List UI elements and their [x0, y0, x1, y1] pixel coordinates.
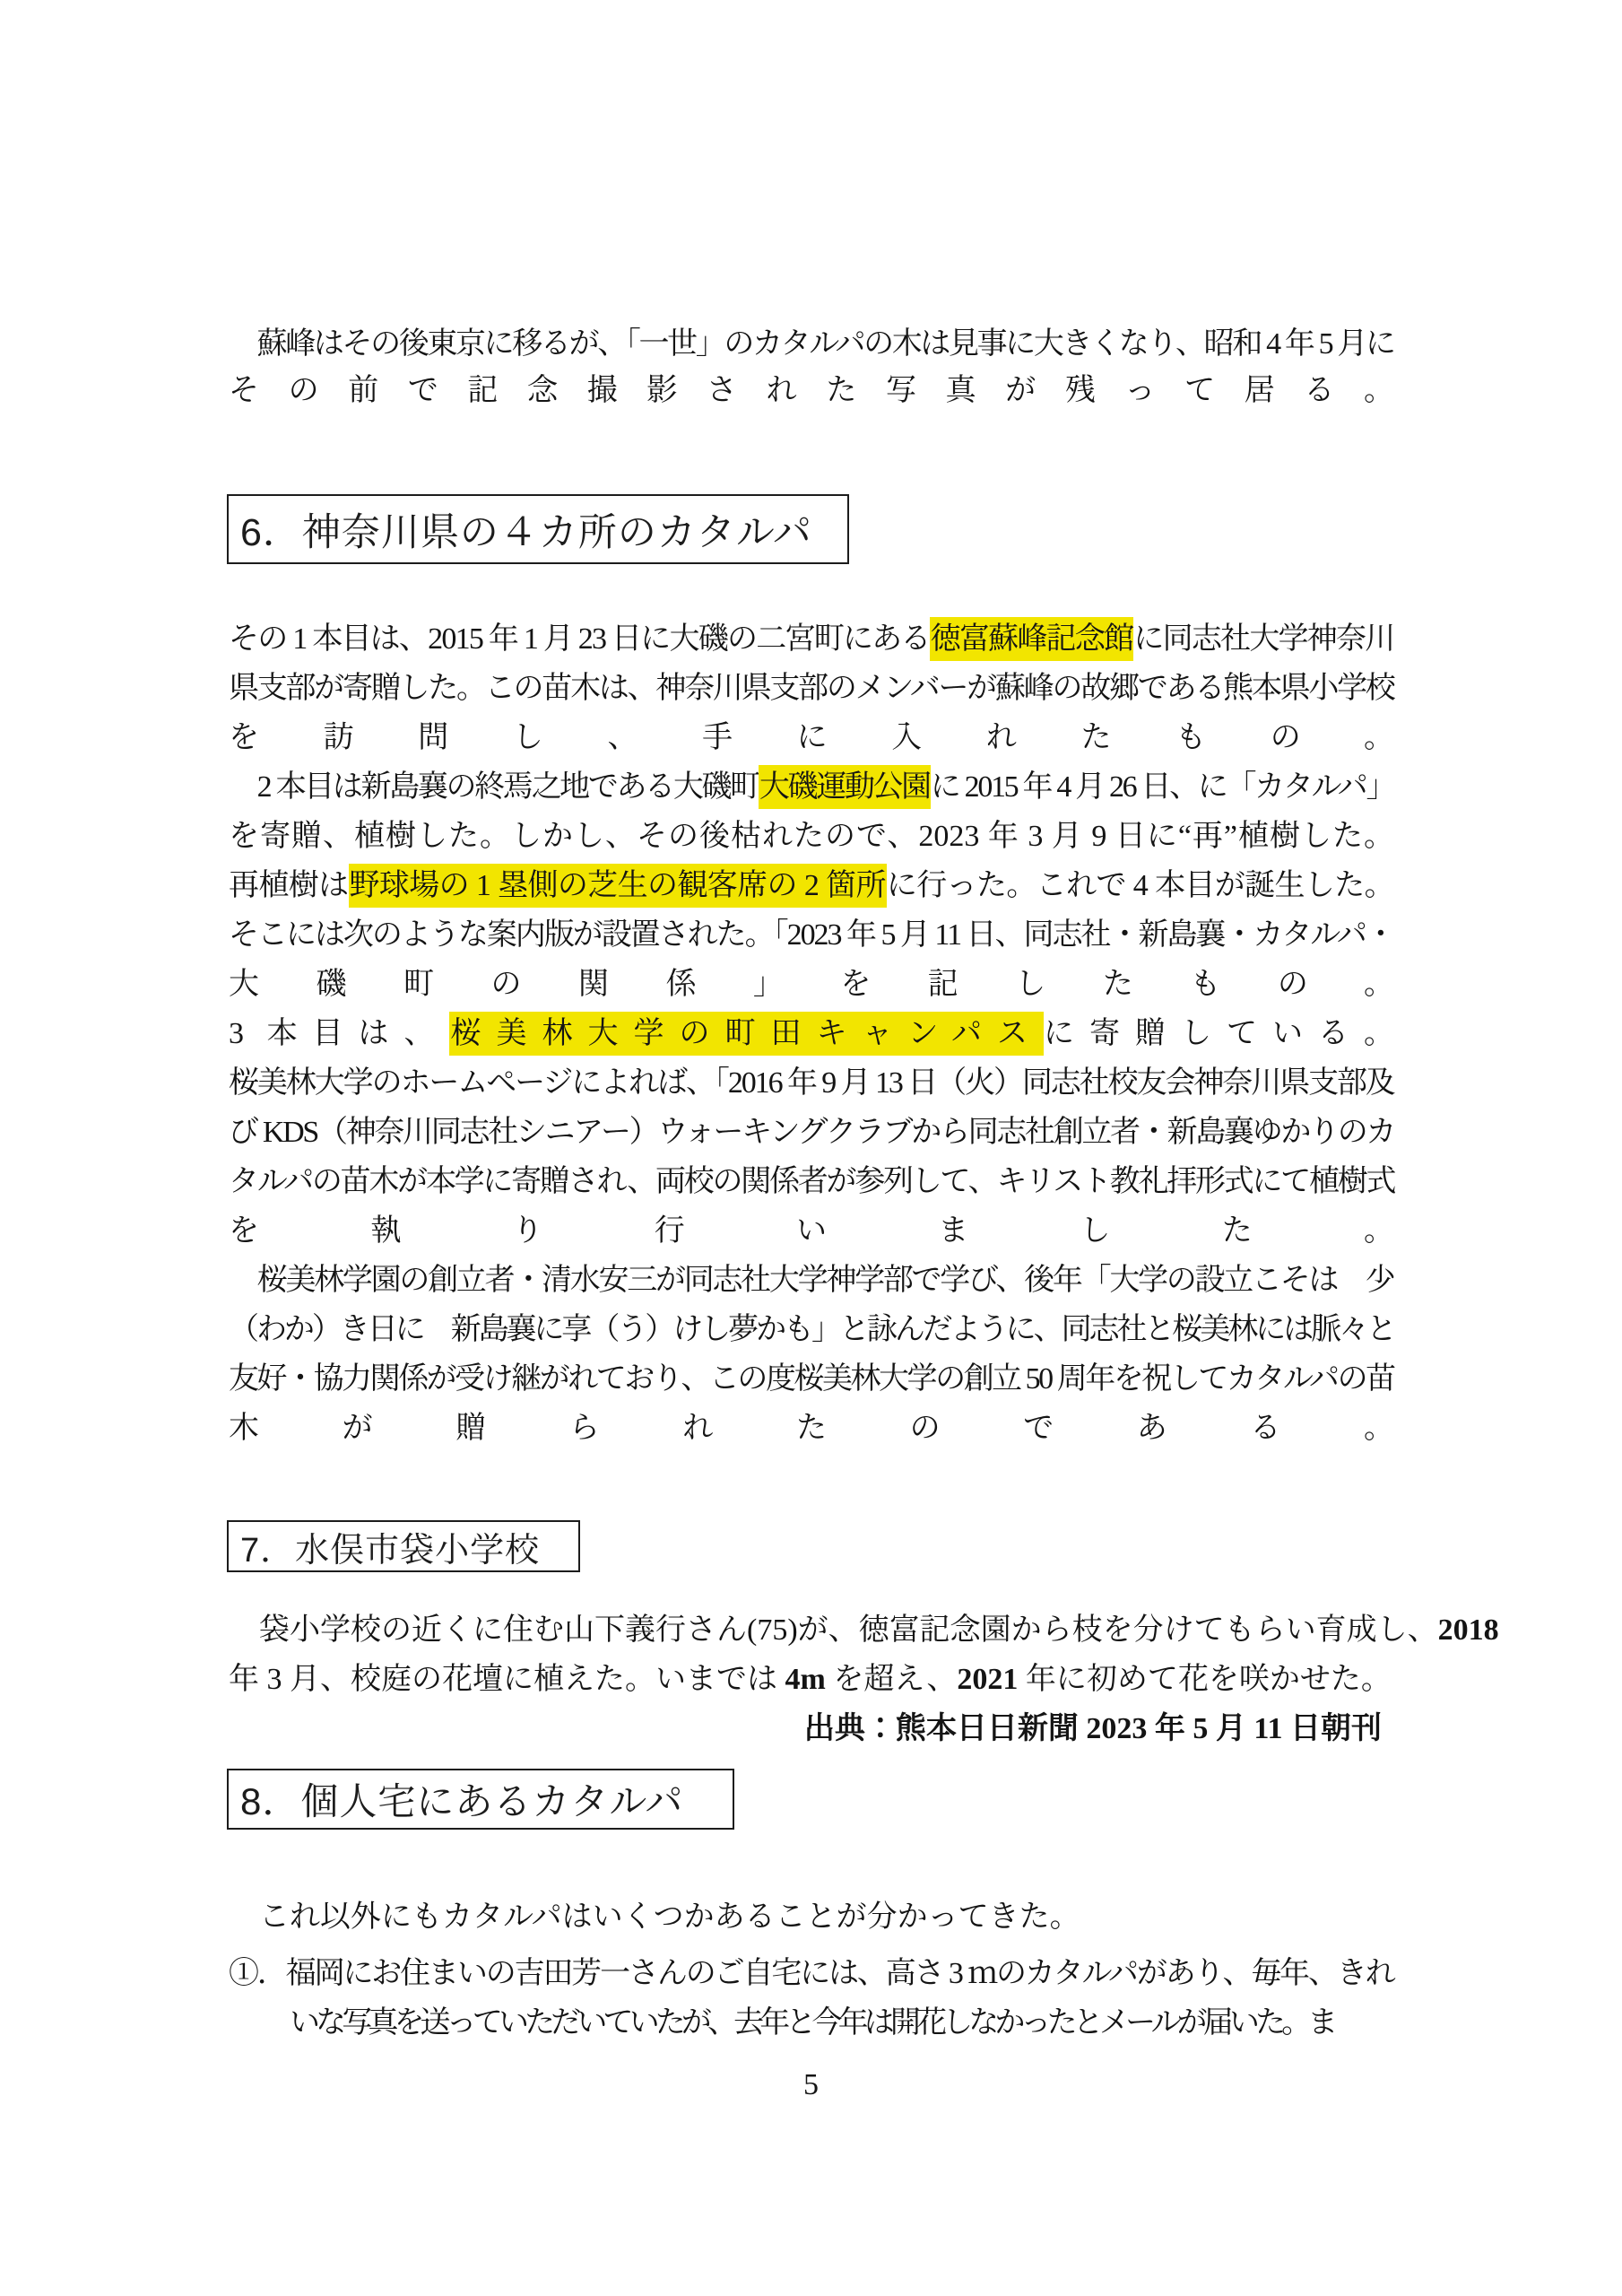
text-segment: そこには次のような案内版が設置された。「2023 年 5 月 11 日、同志社・…	[229, 918, 1394, 952]
text-line: 2 本目は新島襄の終焉之地である大磯町大磯運動公園に 2015 年 4 月 26…	[229, 762, 1394, 812]
text-segment: 大磯町の関係」を記したもの。	[229, 968, 1394, 1001]
text-segment: 再植樹は	[229, 869, 349, 902]
text-segment: ①．福岡にお住まいの吉田芳一さんのご自宅には、高さ 3 ｍのカタルパがあり、毎年…	[229, 1957, 1394, 1990]
text-segment: に同志社大学神奈川	[1133, 622, 1393, 656]
text-line: 桜美林大学のホームページによれば、「2016 年 9 月 13 日（火）同志社校…	[229, 1058, 1394, 1108]
intro-paragraph: 蘇峰はその後東京に移るが、「一世」のカタルパの木は見事に大きくなり、昭和 4 年…	[229, 321, 1394, 414]
text-line: び KDS（神奈川同志社シニアー）ウォーキングクラブから同志社創立者・新島襄ゆか…	[229, 1108, 1394, 1157]
text-segment: 2 本目は新島襄の終焉之地である大磯町	[229, 770, 759, 804]
text-line: その 1 本目は、2015 年 1 月 23 日に大磯の二宮町にある徳富蘇峰記念…	[229, 614, 1394, 664]
text-line: タルパの苗木が本学に寄贈され、両校の関係者が参列して、キリスト教礼拝形式にて植樹…	[229, 1157, 1394, 1206]
text-line: を寄贈、植樹した。しかし、その後枯れたので、2023 年 3 月 9 日に“再”…	[229, 812, 1394, 861]
text-line: 木が贈られたのである。	[229, 1404, 1394, 1453]
source-citation: 出典：熊本日日新聞 2023 年 5 月 11 日朝刊	[229, 1704, 1394, 1753]
section-7-heading: 7．水俣市袋小学校	[227, 1520, 580, 1572]
text-line: 大磯町の関係」を記したもの。	[229, 960, 1394, 1009]
text-segment: 3 本目は、	[229, 1017, 449, 1050]
text-line: 桜美林学園の創立者・清水安三が同志社大学神学部で学び、後年「大学の設立こそは 少	[229, 1256, 1394, 1305]
section-6-heading: 6．神奈川県の４カ所のカタルパ	[227, 494, 849, 564]
text-segment: 桜美林大学のホームページによれば、「2016 年 9 月 13 日（火）同志社校…	[229, 1066, 1394, 1100]
text-line: 蘇峰はその後東京に移るが、「一世」のカタルパの木は見事に大きくなり、昭和 4 年…	[229, 321, 1394, 368]
text-line: 年 3 月、校庭の花壇に植えた。いまでは 4m を超え、2021 年に初めて花を…	[229, 1655, 1394, 1704]
text-line: を訪問し、手に入れたもの。	[229, 713, 1394, 762]
bold-text: 2018	[1438, 1613, 1499, 1647]
text-segment: 木が贈られたのである。	[229, 1412, 1394, 1445]
section-8-heading: 8．個人宅にあるカタルパ	[227, 1769, 734, 1830]
text-line: そこには次のような案内版が設置された。「2023 年 5 月 11 日、同志社・…	[229, 910, 1394, 960]
text-line: （わか）き日に 新島襄に享（う）けし夢かも」と詠んだように、同志社と桜美林には脈…	[229, 1305, 1394, 1354]
highlighted-text: 大磯運動公園	[759, 765, 931, 809]
text-line: いな写真を送っていただいていたが、去年と今年は開花しなかったとメールが届いた。ま	[229, 1998, 1394, 2048]
text-segment: を超え、	[826, 1663, 958, 1696]
highlighted-text: 野球場の 1 塁側の芝生の観客席の 2 箇所	[349, 864, 887, 908]
text-line: ①．福岡にお住まいの吉田芳一さんのご自宅には、高さ 3 ｍのカタルパがあり、毎年…	[229, 1949, 1394, 1998]
text-line: 県支部が寄贈した。この苗木は、神奈川県支部のメンバーが蘇峰の故郷である熊本県小学…	[229, 664, 1394, 713]
text-segment: （わか）き日に 新島襄に享（う）けし夢かも」と詠んだように、同志社と桜美林には脈…	[229, 1313, 1394, 1346]
text-line: 再植樹は野球場の 1 塁側の芝生の観客席の 2 箇所に行った。これで 4 本目が…	[229, 861, 1394, 910]
document-page: 蘇峰はその後東京に移るが、「一世」のカタルパの木は見事に大きくなり、昭和 4 年…	[0, 0, 1622, 2296]
bold-text: 2021	[957, 1663, 1018, 1696]
text-segment: を訪問し、手に入れたもの。	[229, 721, 1394, 754]
text-segment: に行った。これで 4 本目が誕生した。	[887, 869, 1394, 902]
text-segment: を執り行いました。	[229, 1214, 1394, 1248]
section-8-item-1: ①．福岡にお住まいの吉田芳一さんのご自宅には、高さ 3 ｍのカタルパがあり、毎年…	[229, 1949, 1394, 2048]
page-number: 5	[0, 2067, 1622, 2103]
text-line: を執り行いました。	[229, 1206, 1394, 1256]
text-line: 友好・協力関係が受け継がれており、この度桜美林大学の創立 50 周年を祝してカタ…	[229, 1354, 1394, 1404]
section-8-heading-label: 8．個人宅にあるカタルパ	[240, 1772, 683, 1826]
section-6-paragraph: その 1 本目は、2015 年 1 月 23 日に大磯の二宮町にある徳富蘇峰記念…	[229, 614, 1394, 1453]
text-segment: を寄贈、植樹した。しかし、その後枯れたので、2023 年 3 月 9 日に“再”…	[229, 820, 1394, 853]
text-segment: び KDS（神奈川同志社シニアー）ウォーキングクラブから同志社創立者・新島襄ゆか…	[229, 1116, 1394, 1149]
text-segment: 袋小学校の近くに住む山下義行さん(75)が、徳富記念園から枝を分けてもらい育成し…	[229, 1613, 1438, 1647]
text-line: 3 本目は、桜美林大学の町田キャンパスに寄贈している。	[229, 1009, 1394, 1058]
highlighted-text: 桜美林大学の町田キャンパス	[449, 1012, 1044, 1056]
section-8-intro-paragraph: これ以外にもカタルパはいくつかあることが分かってきた。	[229, 1892, 1394, 1942]
text-segment: その前で記念撮影された写真が残って居る。	[229, 374, 1394, 407]
text-segment: に 2015 年 4 月 26 日、に「カタルパ」	[931, 770, 1394, 804]
text-line: これ以外にもカタルパはいくつかあることが分かってきた。	[229, 1892, 1394, 1942]
text-segment: いな写真を送っていただいていたが、去年と今年は開花しなかったとメールが届いた。ま	[290, 2006, 1333, 2039]
text-segment: タルパの苗木が本学に寄贈され、両校の関係者が参列して、キリスト教礼拝形式にて植樹…	[229, 1165, 1394, 1198]
section-7-paragraph: 袋小学校の近くに住む山下義行さん(75)が、徳富記念園から枝を分けてもらい育成し…	[229, 1605, 1394, 1704]
text-segment: に寄贈している。	[1044, 1017, 1394, 1050]
highlighted-text: 徳富蘇峰記念館	[930, 617, 1134, 661]
text-line: 袋小学校の近くに住む山下義行さん(75)が、徳富記念園から枝を分けてもらい育成し…	[229, 1605, 1394, 1655]
section-7-heading-label: 7．水俣市袋小学校	[240, 1522, 540, 1571]
text-segment: これ以外にもカタルパはいくつかあることが分かってきた。	[229, 1900, 1080, 1934]
text-segment: 桜美林学園の創立者・清水安三が同志社大学神学部で学び、後年「大学の設立こそは 少	[229, 1264, 1394, 1297]
text-segment: 友好・協力関係が受け継がれており、この度桜美林大学の創立 50 周年を祝してカタ…	[229, 1362, 1394, 1396]
text-segment: その 1 本目は、2015 年 1 月 23 日に大磯の二宮町にある	[229, 622, 930, 656]
text-segment: 蘇峰はその後東京に移るが、「一世」のカタルパの木は見事に大きくなり、昭和 4 年…	[229, 327, 1394, 361]
text-line: その前で記念撮影された写真が残って居る。	[229, 368, 1394, 414]
text-segment: 年に初めて花を咲かせた。	[1018, 1663, 1392, 1696]
text-segment: 年 3 月、校庭の花壇に植えた。いまでは	[229, 1663, 785, 1696]
text-segment: 県支部が寄贈した。この苗木は、神奈川県支部のメンバーが蘇峰の故郷である熊本県小学…	[229, 672, 1394, 705]
section-6-heading-label: 6．神奈川県の４カ所のカタルパ	[240, 502, 812, 557]
bold-text: 4m	[785, 1663, 826, 1696]
